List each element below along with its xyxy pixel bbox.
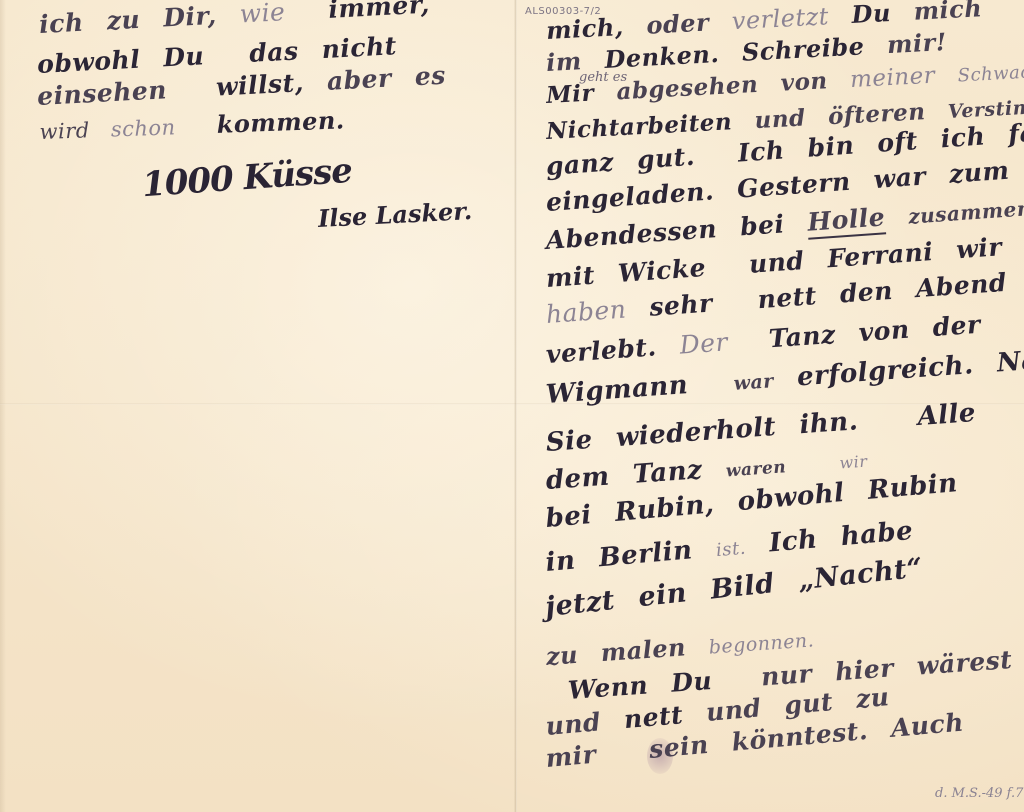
word: war bbox=[733, 370, 775, 395]
word: bei bbox=[739, 209, 785, 241]
word: ganz bbox=[545, 147, 615, 181]
word: und bbox=[754, 104, 806, 134]
word: zu bbox=[545, 640, 579, 671]
word: Berlin bbox=[598, 535, 694, 573]
word: Du bbox=[163, 41, 205, 72]
word: Gestern bbox=[736, 167, 851, 204]
word: zusammen bbox=[907, 196, 1024, 229]
word: Tanz bbox=[632, 455, 703, 490]
word: mich, bbox=[545, 12, 624, 45]
word: Sie bbox=[545, 425, 594, 458]
word: und bbox=[544, 707, 602, 741]
word: Wicke bbox=[617, 253, 707, 288]
word: bei bbox=[544, 500, 593, 534]
right-page: ALS00303-7/2 mich, oder verletzt Du mich… bbox=[517, 0, 1024, 812]
word: von bbox=[858, 315, 911, 347]
word: mir bbox=[544, 740, 597, 773]
word: Tanz bbox=[768, 320, 837, 354]
word: Ich bbox=[737, 135, 786, 167]
word: von bbox=[780, 67, 828, 96]
word: gut bbox=[783, 687, 834, 720]
word: verletzt bbox=[731, 2, 829, 35]
word: wird bbox=[39, 118, 90, 144]
word: mich bbox=[913, 0, 983, 26]
word: eingeladen. bbox=[545, 176, 715, 217]
word: mir! bbox=[886, 27, 947, 59]
word: ich bbox=[38, 8, 84, 39]
word: wir bbox=[839, 452, 868, 473]
word: Du bbox=[851, 0, 892, 29]
word: wie bbox=[239, 0, 286, 28]
word: nett bbox=[623, 700, 684, 734]
word: willst, bbox=[215, 68, 304, 102]
underlined-name: Holle bbox=[807, 202, 887, 239]
word: „Nacht“ bbox=[797, 552, 925, 596]
word: waren bbox=[725, 457, 787, 481]
word: oft bbox=[876, 126, 918, 158]
word: Abendessen bbox=[545, 214, 718, 255]
word: wiederholt bbox=[615, 412, 777, 453]
word: zu bbox=[106, 5, 141, 36]
word: Rubin bbox=[867, 468, 959, 506]
word: Auch bbox=[890, 708, 965, 743]
word: erfolgreich. bbox=[796, 350, 974, 392]
word: haben bbox=[545, 294, 627, 329]
word: wir bbox=[955, 232, 1003, 264]
word: Abend bbox=[915, 268, 1008, 303]
word: aber bbox=[326, 63, 392, 95]
word: ihn. bbox=[798, 406, 859, 440]
word: bin bbox=[807, 131, 856, 163]
word: fa bbox=[1007, 118, 1024, 149]
word: ist. bbox=[715, 538, 747, 562]
word: schon bbox=[110, 115, 176, 141]
word: ein bbox=[637, 577, 689, 613]
word: zu bbox=[855, 682, 891, 714]
word: habe bbox=[840, 516, 915, 552]
word: begonnen. bbox=[708, 629, 815, 658]
signature: Ilse Lasker. bbox=[317, 196, 472, 233]
word: jetzt bbox=[544, 585, 617, 623]
word: obwohl bbox=[36, 45, 140, 79]
word: nur bbox=[760, 659, 813, 691]
word: sehr bbox=[648, 288, 713, 321]
left-page: ich zu Dir, wie immer, obwohl Du das nic… bbox=[0, 0, 514, 812]
word: Denken. bbox=[604, 39, 720, 74]
word: abgesehen bbox=[616, 71, 759, 105]
left-line-4: wird schon kommen. bbox=[39, 105, 359, 145]
word: nett bbox=[757, 281, 818, 314]
word: Ferrani bbox=[826, 237, 934, 273]
word: Schwachheit bbox=[957, 59, 1024, 86]
word: kommen. bbox=[216, 105, 345, 138]
word: sein bbox=[648, 730, 710, 764]
word: Mir bbox=[546, 80, 595, 109]
word: Alle bbox=[916, 398, 976, 432]
shelfmark: d. M.S.-49 f.7 bbox=[935, 786, 1023, 801]
word: und bbox=[748, 246, 805, 279]
word: es bbox=[414, 61, 446, 92]
right-line-12: Sie wiederholt ihn. Alle bbox=[545, 397, 991, 458]
word: einsehen bbox=[36, 75, 167, 111]
word: Schreibe bbox=[741, 31, 865, 66]
word: dem bbox=[545, 462, 611, 496]
word: verlebt. bbox=[545, 332, 658, 369]
word: immer, bbox=[328, 0, 431, 24]
word: Bild bbox=[709, 568, 776, 606]
word: ich bbox=[940, 121, 986, 153]
word: Wigmann bbox=[545, 370, 689, 410]
word: war bbox=[873, 161, 927, 194]
word: obwohl bbox=[736, 478, 845, 517]
word: in bbox=[544, 546, 576, 578]
word: und bbox=[705, 693, 763, 727]
word: Du bbox=[670, 666, 713, 698]
closing-kisses: 1000 Küsse bbox=[141, 151, 353, 206]
word: im bbox=[545, 46, 582, 77]
word: Ich bbox=[768, 524, 819, 558]
word: malen bbox=[600, 632, 687, 667]
word: Wenn bbox=[567, 670, 649, 705]
word: oder bbox=[646, 8, 710, 40]
letter-scan: ich zu Dir, wie immer, obwohl Du das nic… bbox=[0, 0, 1024, 812]
word: der bbox=[932, 310, 982, 342]
word: wärest bbox=[916, 645, 1013, 681]
word: den bbox=[839, 276, 894, 309]
word: mit bbox=[545, 261, 596, 293]
word: gut. bbox=[636, 142, 696, 175]
word: Dir, bbox=[163, 1, 218, 33]
word: Nichtarbeiten bbox=[546, 108, 733, 145]
word: Rubin, bbox=[614, 489, 716, 528]
word: meiner bbox=[849, 63, 935, 93]
word: zum bbox=[948, 156, 1010, 189]
word: Nach bbox=[996, 343, 1024, 378]
word: Der bbox=[679, 327, 729, 359]
word: das bbox=[249, 36, 300, 68]
word: nicht bbox=[321, 31, 398, 64]
